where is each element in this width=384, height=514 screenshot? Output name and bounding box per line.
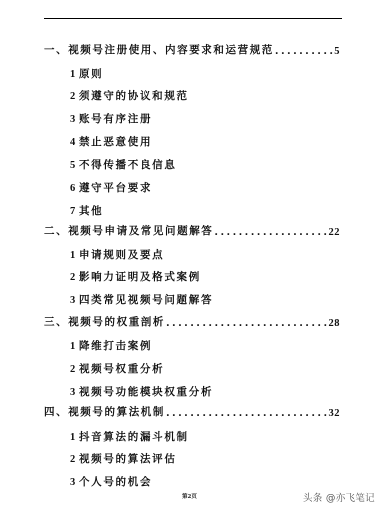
toc-item[interactable]: 2须遵守的协议和规范 — [70, 88, 189, 102]
section-page-number: 5 — [334, 46, 340, 57]
item-number: 4 — [70, 137, 77, 148]
item-number: 1 — [70, 250, 77, 261]
item-number: 1 — [70, 69, 77, 80]
header-rule — [44, 18, 342, 19]
item-label: 视频号权重分析 — [79, 363, 164, 375]
item-label: 原则 — [79, 68, 103, 80]
item-label: 不得传播不良信息 — [79, 159, 177, 171]
item-number: 3 — [70, 387, 77, 398]
toc-item[interactable]: 1申请规则及要点 — [70, 247, 164, 261]
section-title: 一、视频号注册使用、内容要求和运营规范 — [44, 42, 274, 57]
toc-item[interactable]: 1原则 — [70, 66, 103, 80]
item-label: 个人号的机会 — [79, 476, 152, 488]
item-label: 视频号功能模块权重分析 — [79, 386, 213, 398]
section-page-number: 32 — [329, 408, 341, 419]
toc-item[interactable]: 3个人号的机会 — [70, 474, 152, 488]
dot-leader: ........................................… — [275, 45, 333, 57]
toc-item[interactable]: 5不得传播不良信息 — [70, 157, 177, 171]
section-title: 三、视频号的权重剖析 — [44, 314, 165, 329]
toc-item[interactable]: 1降维打击案例 — [70, 338, 152, 352]
item-number: 3 — [70, 477, 77, 488]
toc-item[interactable]: 2影响力证明及格式案例 — [70, 269, 201, 283]
item-label: 影响力证明及格式案例 — [79, 271, 201, 283]
item-number: 5 — [70, 160, 77, 171]
toc-item[interactable]: 3视频号功能模块权重分析 — [70, 384, 213, 398]
toc-item[interactable]: 7其他 — [70, 203, 103, 217]
toc-item[interactable]: 6遵守平台要求 — [70, 180, 152, 194]
item-label: 四类常见视频号问题解答 — [79, 294, 213, 306]
section-page-number: 22 — [329, 227, 341, 238]
item-label: 抖音算法的漏斗机制 — [79, 431, 189, 443]
item-number: 1 — [70, 432, 77, 443]
item-number: 7 — [70, 206, 77, 217]
toc-item[interactable]: 3四类常见视频号问题解答 — [70, 292, 213, 306]
section-title: 二、视频号申请及常见问题解答 — [44, 223, 213, 238]
item-label: 降维打击案例 — [79, 340, 152, 352]
item-number: 2 — [70, 454, 77, 465]
item-label: 须遵守的协议和规范 — [79, 90, 189, 102]
item-number: 3 — [70, 114, 77, 125]
toc-item[interactable]: 4禁止恶意使用 — [70, 134, 152, 148]
item-number: 2 — [70, 364, 77, 375]
watermark: 头条 @亦飞笔记 — [303, 490, 375, 504]
item-number: 2 — [70, 91, 77, 102]
item-number: 2 — [70, 272, 77, 283]
toc-item[interactable]: 2视频号的算法评估 — [70, 451, 177, 465]
item-label: 申请规则及要点 — [79, 249, 164, 261]
item-number: 6 — [70, 183, 77, 194]
item-label: 禁止恶意使用 — [79, 136, 152, 148]
section-page-number: 28 — [329, 318, 341, 329]
dot-leader: ........................................… — [166, 317, 328, 329]
toc-item[interactable]: 3账号有序注册 — [70, 111, 152, 125]
item-label: 视频号的算法评估 — [79, 453, 177, 465]
section-title: 四、视频号的算法机制 — [44, 404, 165, 419]
item-label: 遵守平台要求 — [79, 182, 152, 194]
toc-section-2[interactable]: 二、视频号申请及常见问题解答 .........................… — [44, 224, 340, 238]
item-number: 3 — [70, 295, 77, 306]
toc-item[interactable]: 2视频号权重分析 — [70, 361, 164, 375]
item-label: 其他 — [79, 205, 103, 217]
toc-section-3[interactable]: 三、视频号的权重剖析 .............................… — [44, 315, 340, 329]
toc-item[interactable]: 1抖音算法的漏斗机制 — [70, 429, 189, 443]
item-number: 1 — [70, 341, 77, 352]
dot-leader: ........................................… — [166, 407, 328, 419]
item-label: 账号有序注册 — [79, 113, 152, 125]
toc-section-4[interactable]: 四、视频号的算法机制 .............................… — [44, 405, 340, 419]
page-number-footer: 第2页 — [182, 492, 197, 500]
dot-leader: ........................................… — [214, 226, 327, 238]
toc-section-1[interactable]: 一、视频号注册使用、内容要求和运营规范 ....................… — [44, 43, 340, 57]
